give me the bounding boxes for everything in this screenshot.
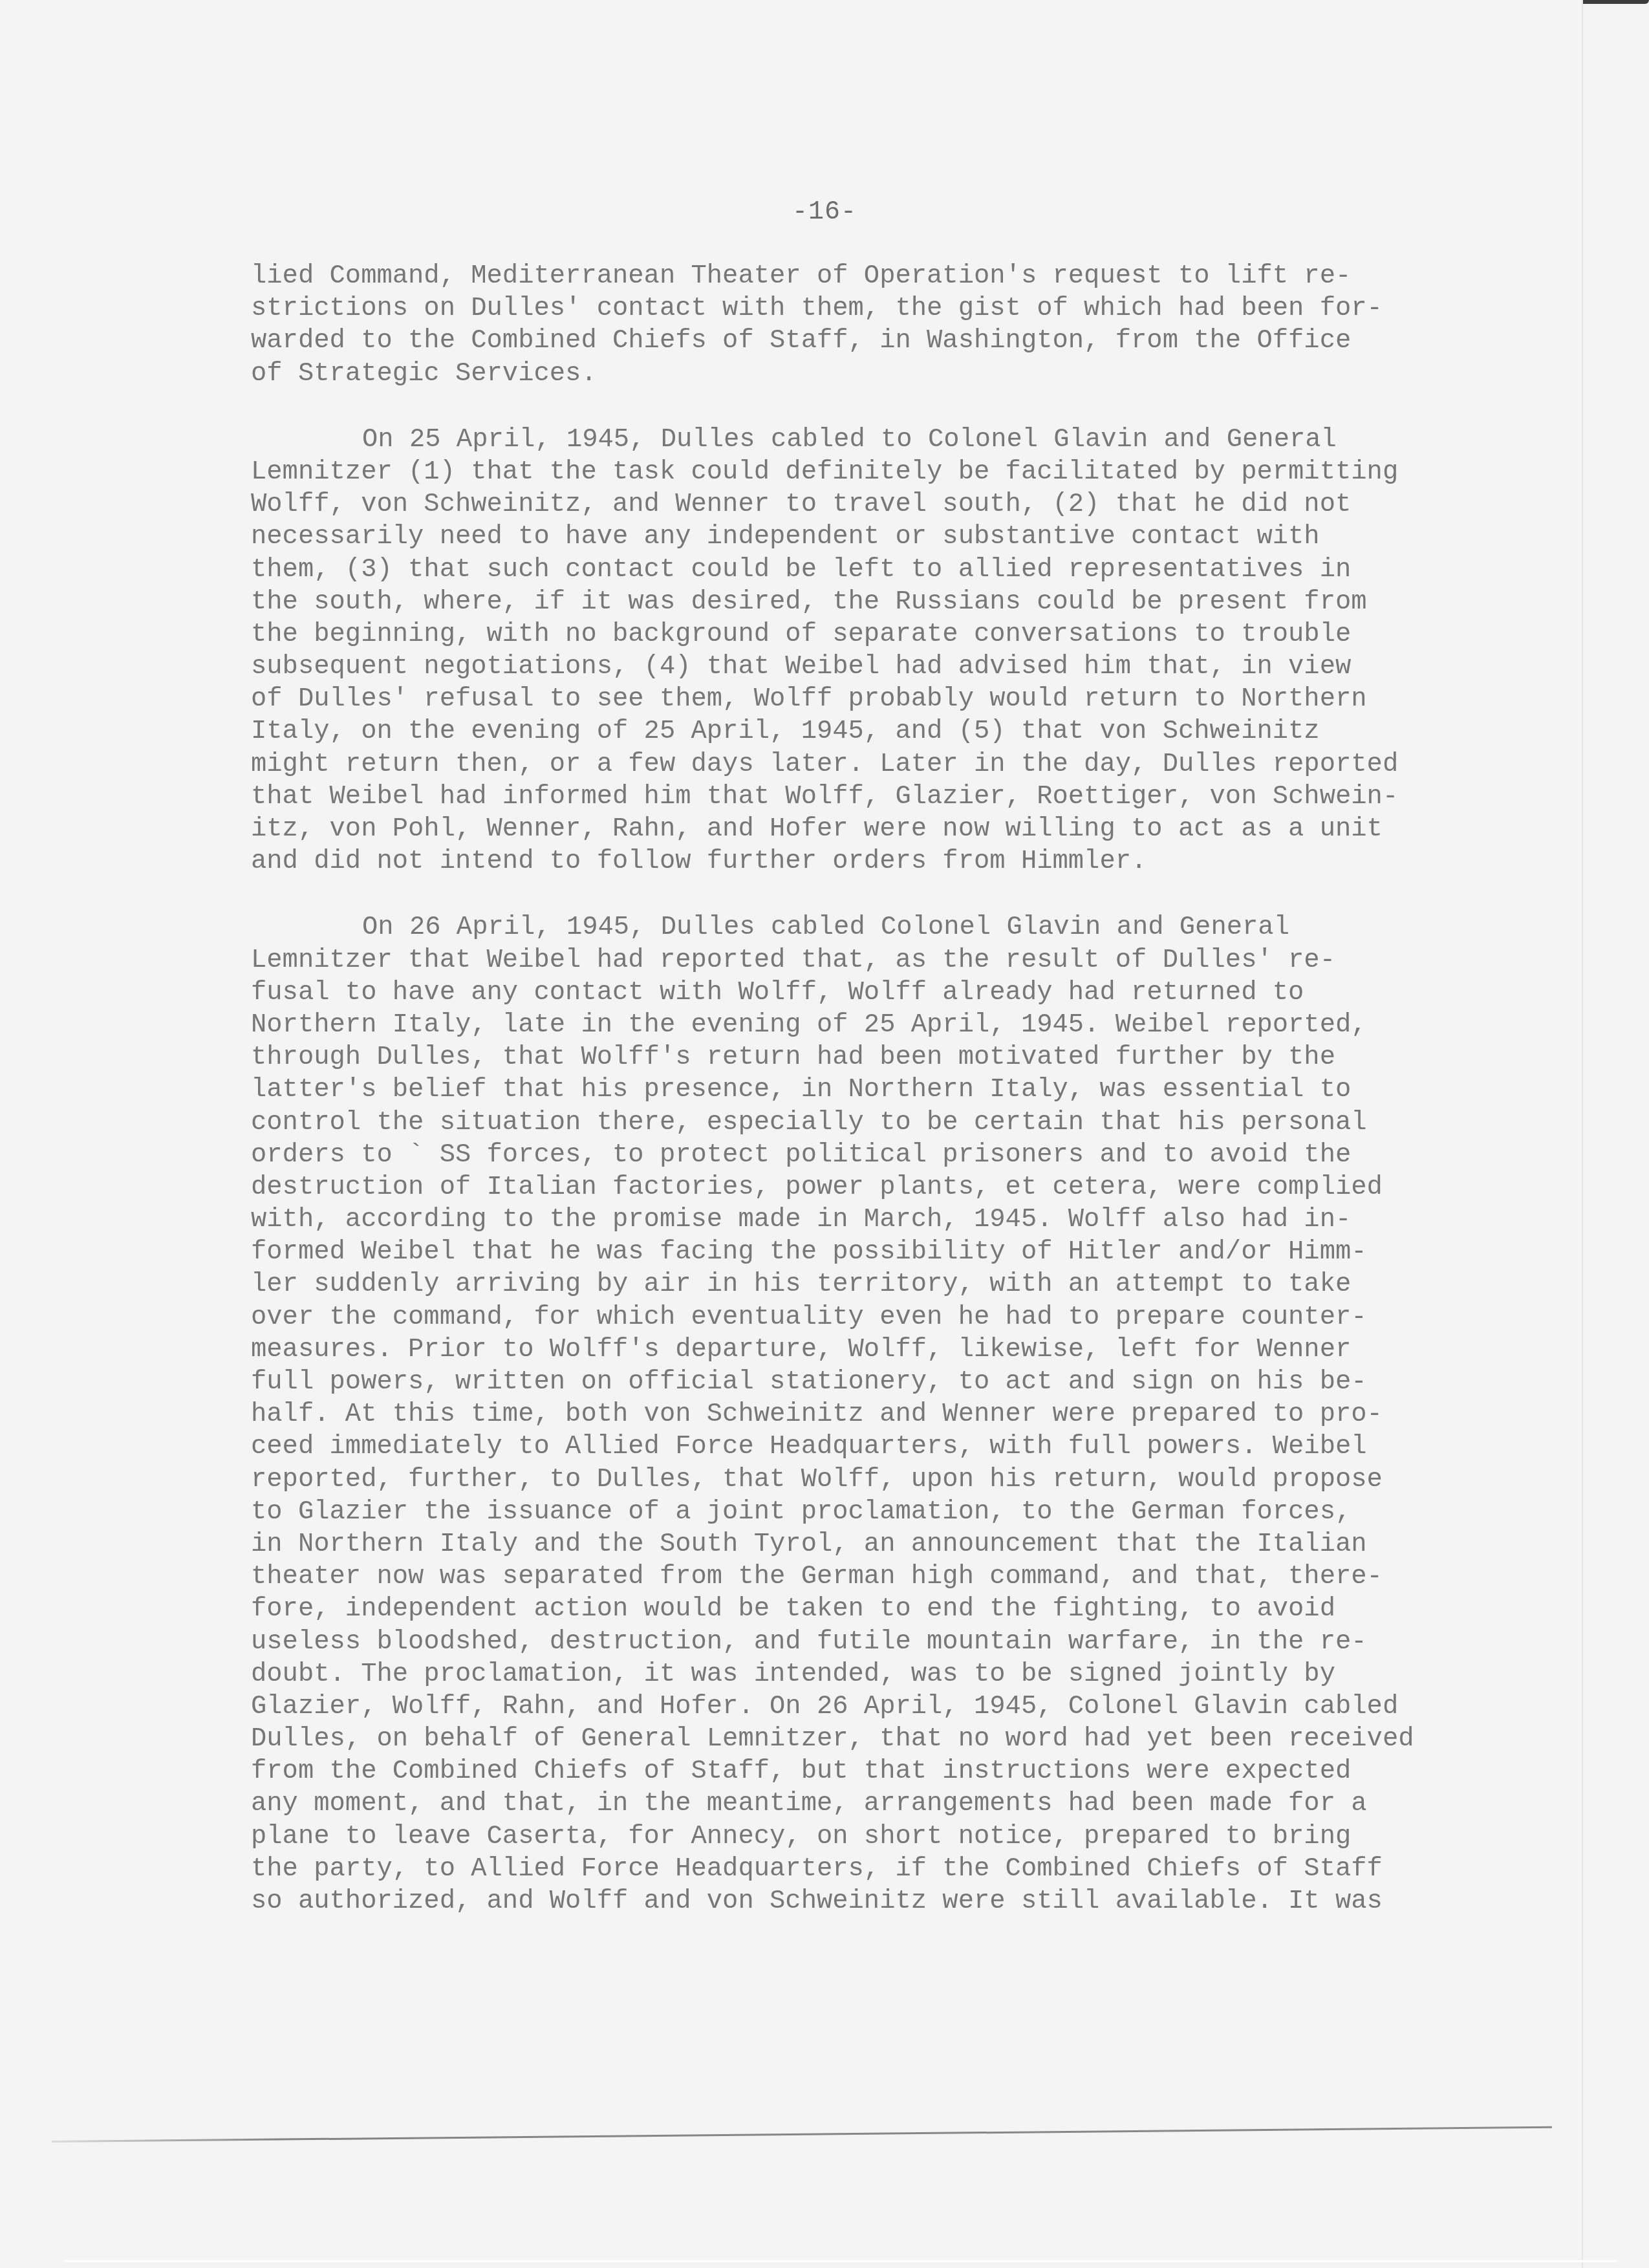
paragraph: On 26 April, 1945, Dulles cabled Colonel… [251, 911, 1480, 1917]
scan-bottom-edge [65, 2260, 1617, 2262]
text-line: ler suddenly arriving by air in his terr… [251, 1268, 1480, 1301]
text-line: theater now was separated from the Germa… [251, 1561, 1480, 1593]
text-line: On 25 April, 1945, Dulles cabled to Colo… [251, 424, 1480, 456]
text-line: strictions on Dulles' contact with them,… [251, 292, 1480, 325]
text-line: full powers, written on official station… [251, 1366, 1480, 1398]
text-line: them, (3) that such contact could be lef… [251, 554, 1480, 586]
text-line: warded to the Combined Chiefs of Staff, … [251, 325, 1480, 357]
text-line: any moment, and that, in the meantime, a… [251, 1787, 1480, 1820]
text-line: in Northern Italy and the South Tyrol, a… [251, 1528, 1480, 1561]
text-line: Lemnitzer that Weibel had reported that,… [251, 944, 1480, 977]
text-line: useless bloodshed, destruction, and futi… [251, 1626, 1480, 1658]
scan-corner-mark [1583, 0, 1649, 4]
page-number: -16- [0, 198, 1649, 227]
text-line: so authorized, and Wolff and von Schwein… [251, 1885, 1480, 1917]
text-line: itz, von Pohl, Wenner, Rahn, and Hofer w… [251, 813, 1480, 845]
text-line: Northern Italy, late in the evening of 2… [251, 1009, 1480, 1041]
text-line: Dulles, on behalf of General Lemnitzer, … [251, 1723, 1480, 1755]
page-bottom-rule [52, 2126, 1552, 2143]
text-line: Italy, on the evening of 25 April, 1945,… [251, 715, 1480, 748]
text-line: of Strategic Services. [251, 358, 1480, 390]
text-line: Wolff, von Schweinitz, and Wenner to tra… [251, 488, 1480, 521]
text-line: to Glazier the issuance of a joint procl… [251, 1496, 1480, 1528]
text-line: destruction of Italian factories, power … [251, 1171, 1480, 1204]
text-line: Lemnitzer (1) that the task could defini… [251, 456, 1480, 488]
text-line: half. At this time, both von Schweinitz … [251, 1398, 1480, 1431]
text-line: from the Combined Chiefs of Staff, but t… [251, 1755, 1480, 1787]
text-line: orders to ` SS forces, to protect politi… [251, 1139, 1480, 1171]
text-line: lied Command, Mediterranean Theater of O… [251, 260, 1480, 292]
text-line: ceed immediately to Allied Force Headqua… [251, 1431, 1480, 1463]
text-line: fusal to have any contact with Wolff, Wo… [251, 977, 1480, 1009]
text-line: subsequent negotiations, (4) that Weibel… [251, 651, 1480, 683]
text-line: that Weibel had informed him that Wolff,… [251, 781, 1480, 813]
text-line: formed Weibel that he was facing the pos… [251, 1236, 1480, 1268]
text-line: through Dulles, that Wolff's return had … [251, 1041, 1480, 1074]
text-line: the south, where, if it was desired, the… [251, 586, 1480, 618]
text-line: control the situation there, especially … [251, 1107, 1480, 1139]
text-line: might return then, or a few days later. … [251, 748, 1480, 781]
text-line: doubt. The proclamation, it was intended… [251, 1658, 1480, 1690]
text-line: Glazier, Wolff, Rahn, and Hofer. On 26 A… [251, 1690, 1480, 1723]
scan-page-edge [1582, 0, 1583, 2268]
text-line: measures. Prior to Wolff's departure, Wo… [251, 1334, 1480, 1366]
text-line: necessarily need to have any independent… [251, 521, 1480, 553]
text-line: plane to leave Caserta, for Annecy, on s… [251, 1820, 1480, 1853]
text-line: latter's belief that his presence, in No… [251, 1074, 1480, 1106]
paragraph: On 25 April, 1945, Dulles cabled to Colo… [251, 424, 1480, 878]
text-line: and did not intend to follow further ord… [251, 845, 1480, 878]
text-line: On 26 April, 1945, Dulles cabled Colonel… [251, 911, 1480, 944]
text-line: of Dulles' refusal to see them, Wolff pr… [251, 683, 1480, 715]
text-line: the party, to Allied Force Headquarters,… [251, 1853, 1480, 1885]
paragraph: lied Command, Mediterranean Theater of O… [251, 260, 1480, 390]
text-line: with, according to the promise made in M… [251, 1204, 1480, 1236]
document-body: lied Command, Mediterranean Theater of O… [251, 260, 1480, 1917]
text-line: fore, independent action would be taken … [251, 1593, 1480, 1625]
text-line: the beginning, with no background of sep… [251, 618, 1480, 651]
text-line: reported, further, to Dulles, that Wolff… [251, 1463, 1480, 1496]
text-line: over the command, for which eventuality … [251, 1301, 1480, 1334]
